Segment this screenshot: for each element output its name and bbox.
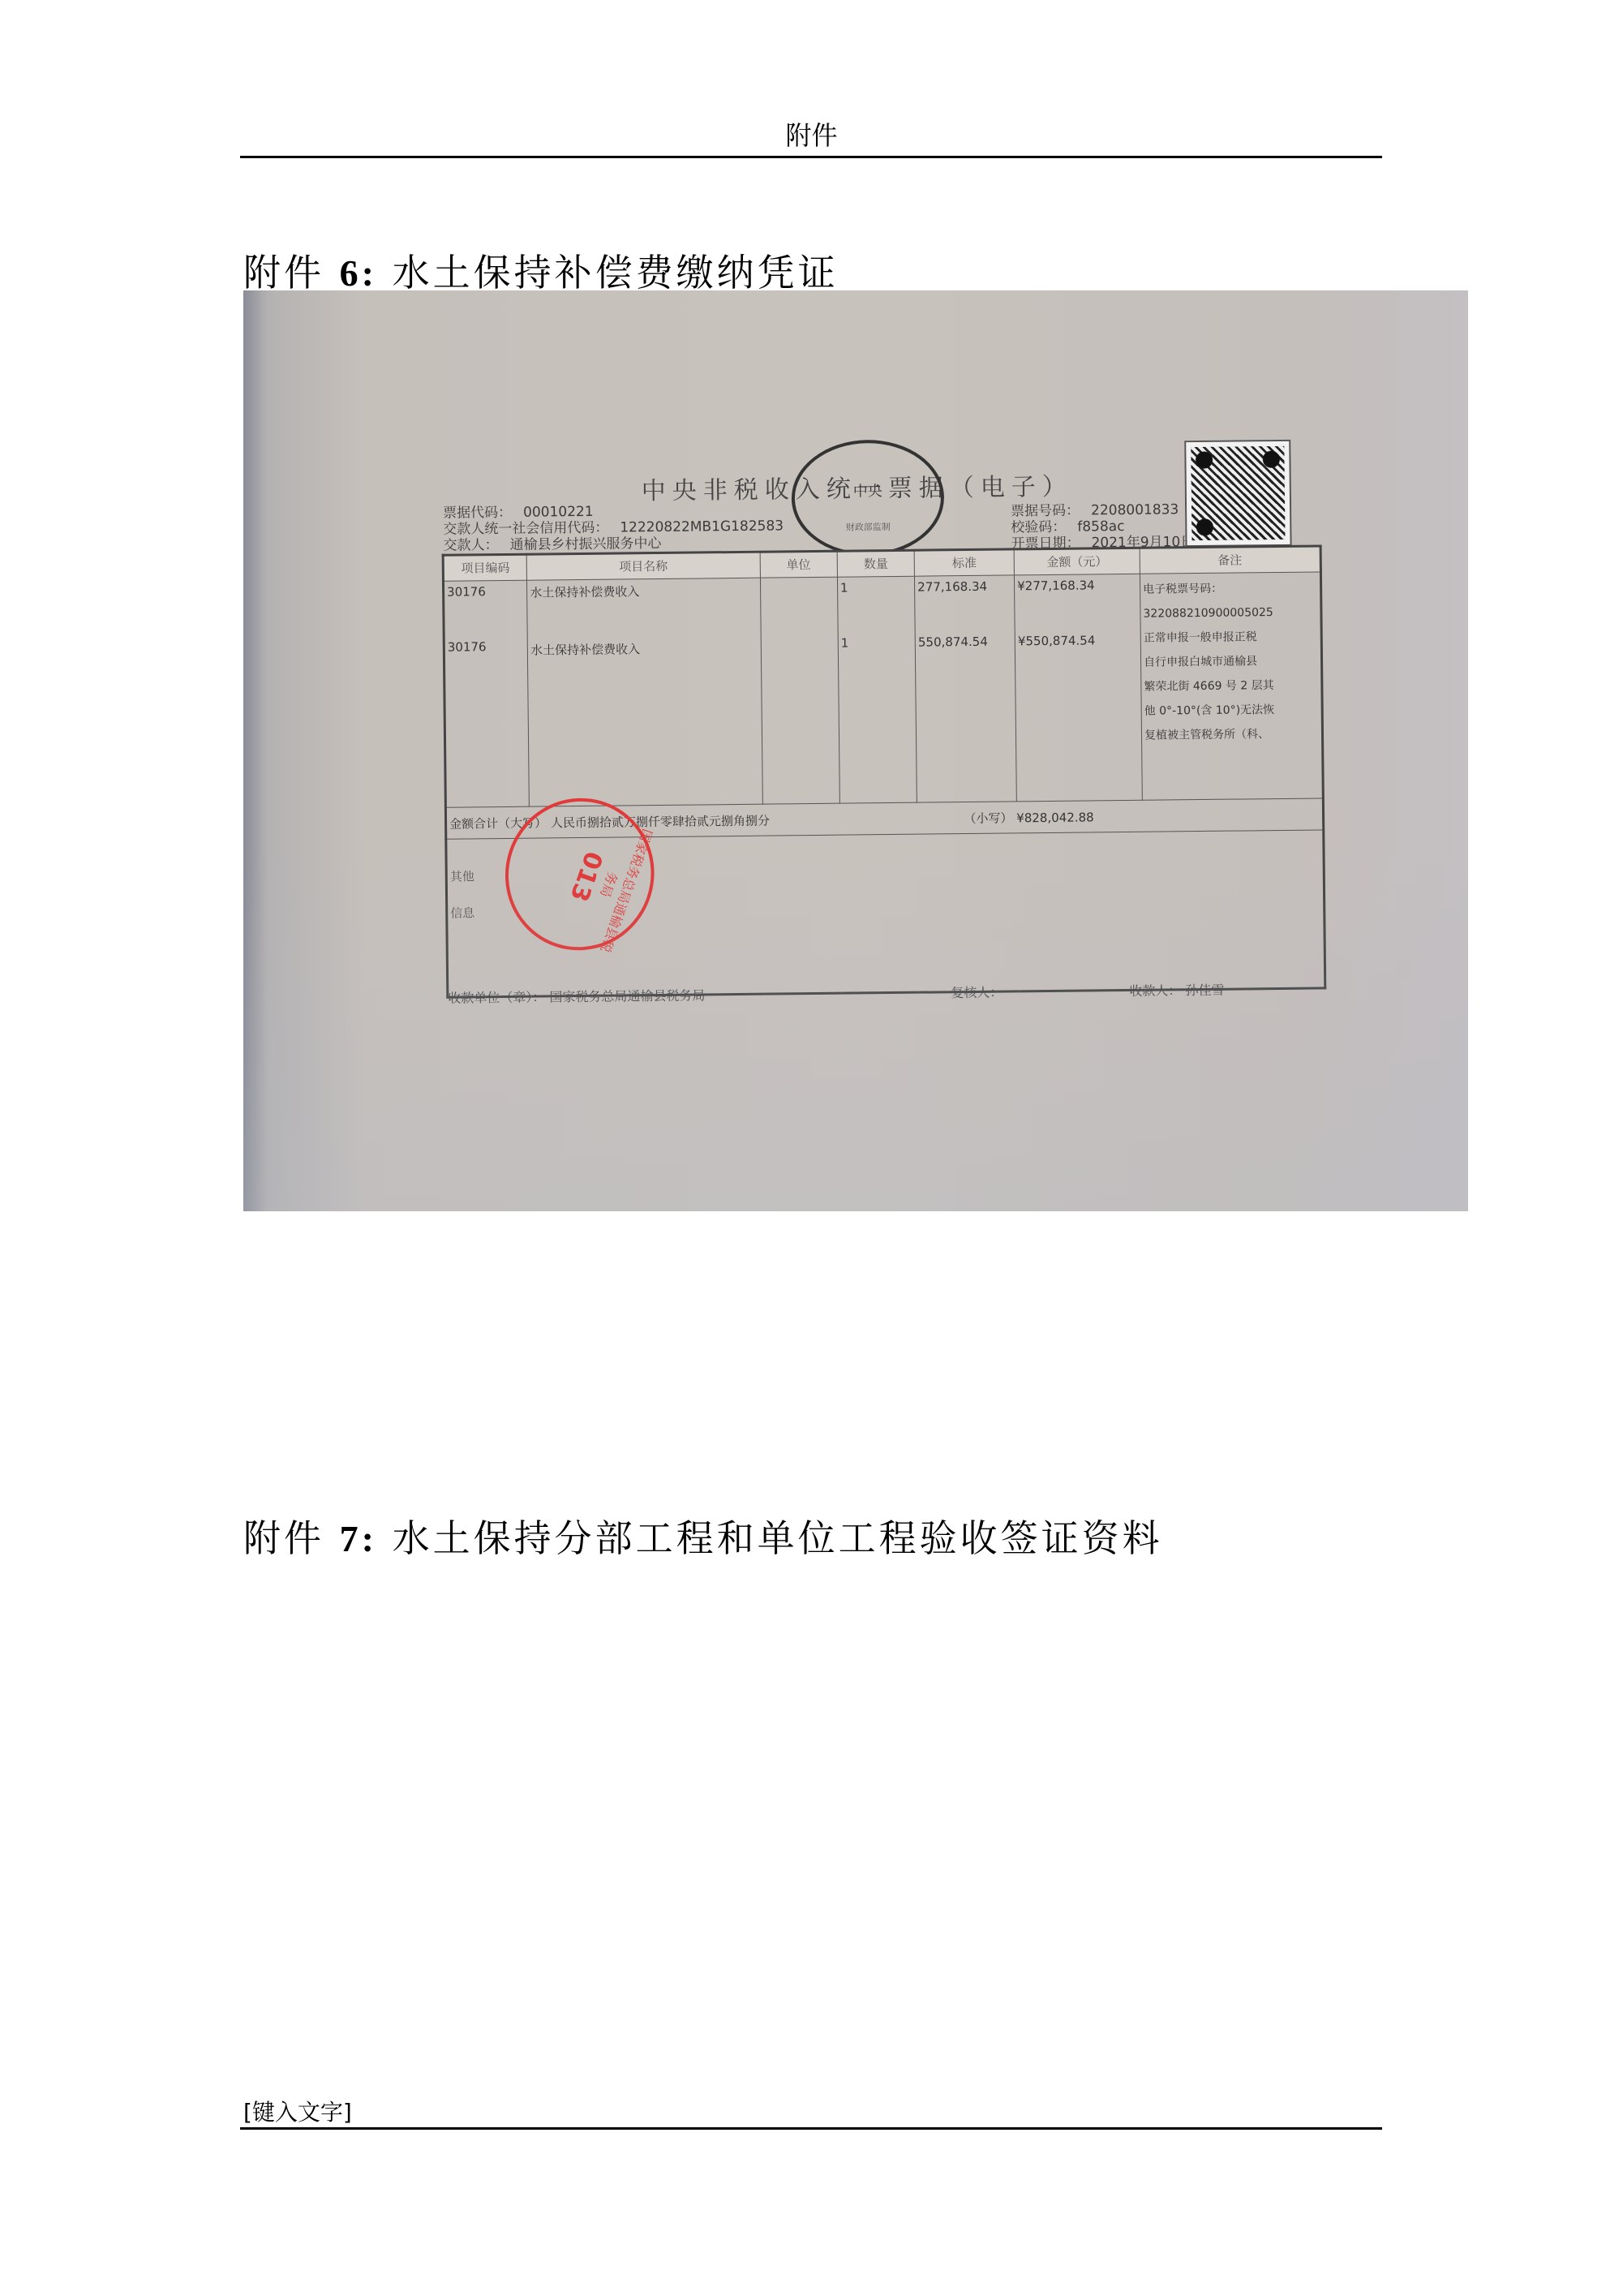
payee-unit-label: 收款单位（章）：: [448, 989, 545, 1005]
remark-line: 电子税票号码：: [1143, 576, 1317, 602]
heading-number: 6:: [340, 252, 377, 294]
seal-text: 中央: [795, 479, 941, 501]
col-name: 项目名称: [526, 552, 760, 580]
row1-amount: ¥277,168.34: [1017, 578, 1137, 594]
heading-label: 附件: [243, 1516, 324, 1560]
finance-seal: 中央 财政部监制: [791, 439, 944, 557]
bill-number: 2208001833: [1091, 501, 1179, 518]
remark-line: 繁荣北街 4669 号 2 层其: [1144, 673, 1318, 699]
payee-unit: 国家税务总局通榆县税务局: [549, 987, 705, 1004]
section-heading-7: 附件 7: 水土保持分部工程和单位工程验收签证资料: [243, 1509, 1163, 1563]
item-codes: 30176 30176: [443, 580, 529, 807]
total-small-label: （小写）: [964, 810, 1012, 826]
header-text: 附件: [0, 115, 1623, 153]
footer-text[interactable]: [键入文字]: [243, 2095, 352, 2127]
check-code: f858ac: [1077, 518, 1124, 535]
col-remark: 备注: [1140, 546, 1320, 574]
receipt: 中央非税收入统一票据（电子） 中央 财政部监制 票据代码：00010221 交款…: [426, 417, 1468, 1159]
receipt-meta-right: 票据号码：2208001833 校验码：f858ac 开票日期：2021年9月1…: [1011, 501, 1194, 552]
heading-title: 水土保持分部工程和单位工程验收签证资料: [393, 1516, 1163, 1560]
other-info-label: 其他信息: [449, 842, 474, 931]
reviewer-label: 复核人：: [951, 985, 1003, 1001]
item-standards: 277,168.34 550,874.54: [915, 575, 1017, 802]
row2-amount: ¥550,874.54: [1018, 633, 1138, 649]
row2-name: 水土保持补偿费收入: [530, 639, 758, 659]
remark-line: 复植被主管税务所（科、: [1144, 721, 1319, 747]
header-rule: [240, 156, 1382, 158]
row2-standard: 550,874.54: [918, 634, 1012, 649]
payee-unit-group: 收款单位（章）： 国家税务总局通榆县税务局: [448, 985, 705, 1006]
row1-unit: [763, 581, 835, 582]
qr-code-icon: [1184, 440, 1291, 547]
seal-sub: 财政部监制: [795, 519, 941, 534]
reviewer-group: 复核人：: [951, 982, 1003, 1002]
row1-qty: 1: [840, 580, 912, 595]
payer-credit-label: 交款人统一社会信用代码：: [443, 520, 608, 538]
col-unit: 单位: [760, 551, 838, 578]
bill-number-label: 票据号码：: [1011, 503, 1080, 520]
payer-label: 交款人：: [443, 537, 498, 554]
heading-label: 附件: [243, 251, 324, 295]
check-code-label: 校验码：: [1011, 519, 1066, 536]
collector-label: 收款人：: [1129, 982, 1181, 999]
receipt-meta-left: 票据代码：00010221 交款人统一社会信用代码：12220822MB1G18…: [443, 501, 784, 553]
row1-standard: 277,168.34: [917, 578, 1011, 594]
payer: 通榆县乡村振兴服务中心: [509, 535, 661, 553]
remark-line: 他 0°-10°(含 10°)无法恢: [1144, 697, 1319, 723]
remark-line: 322088210900005025: [1143, 600, 1317, 626]
row1-name: 水土保持补偿费收入: [530, 582, 757, 601]
item-names: 水土保持补偿费收入 水土保持补偿费收入: [527, 578, 762, 806]
collector: 孙佳雪: [1185, 982, 1224, 999]
remarks: 电子税票号码： 322088210900005025 正常申报一般申报正税 自行…: [1140, 572, 1323, 800]
col-standard: 标准: [914, 549, 1014, 576]
footer-rule: [240, 2127, 1382, 2130]
item-units: [760, 577, 839, 804]
row2-code: 30176: [448, 639, 525, 655]
total-amount: ¥828,042.88: [1016, 810, 1094, 825]
col-qty: 数量: [837, 550, 915, 577]
section-heading-6: 附件 6: 水土保持补偿费缴纳凭证: [243, 243, 839, 297]
heading-number: 7:: [340, 1518, 377, 1559]
row1-code: 30176: [447, 584, 524, 600]
remark-line: 自行申报白城市通榆县: [1144, 648, 1318, 674]
remark-line: 正常申报一般申报正税: [1144, 624, 1318, 650]
collector-group: 收款人： 孙佳雪: [1129, 980, 1224, 1000]
receipt-photo: 中央非税收入统一票据（电子） 中央 财政部监制 票据代码：00010221 交款…: [243, 290, 1468, 1211]
col-code: 项目编码: [443, 554, 527, 581]
table-row: 30176 30176 水土保持补偿费收入 水土保持补偿费收入 1 1: [443, 572, 1323, 807]
row2-qty: 1: [841, 635, 912, 651]
item-qtys: 1 1: [837, 576, 917, 803]
heading-title: 水土保持补偿费缴纳凭证: [393, 251, 839, 295]
bill-code: 00010221: [523, 504, 594, 521]
col-amount: 金额（元）: [1014, 548, 1140, 575]
bill-code-label: 票据代码：: [443, 505, 512, 522]
item-amounts: ¥277,168.34 ¥550,874.54: [1015, 574, 1143, 802]
payer-credit-code: 12220822MB1G182583: [620, 518, 784, 535]
